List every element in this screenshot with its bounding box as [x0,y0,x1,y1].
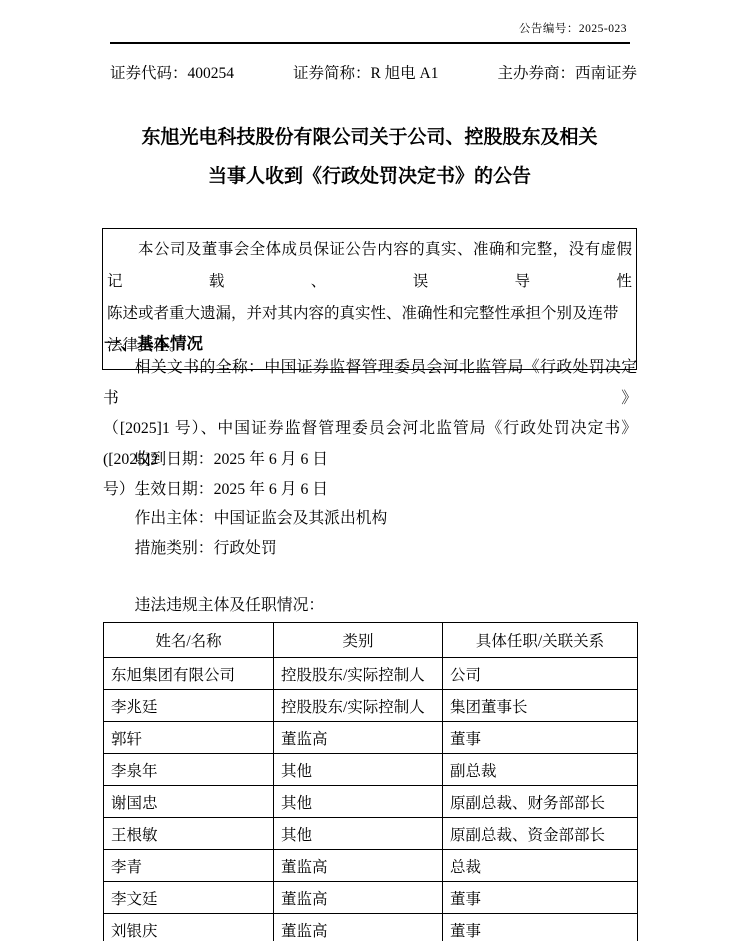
basic-info-item: 收到日期：2025 年 6 月 6 日 [103,445,637,475]
table-cell: 董事 [443,914,638,941]
table-cell: 王根敏 [104,818,274,850]
table-cell: 总裁 [443,850,638,882]
table-header-cell: 类别 [274,623,443,658]
violation-table-body: 东旭集团有限公司控股股东/实际控制人公司李兆廷控股股东/实际控制人集团董事长郭轩… [104,658,638,941]
security-name-label: 证券简称： [293,65,371,82]
violation-table-head: 姓名/名称类别具体任职/关联关系 [104,623,638,658]
violation-table-intro: 违法违规主体及任职情况： [103,591,637,621]
table-row: 谢国忠其他原副总裁、财务部部长 [104,786,638,818]
table-cell: 控股股东/实际控制人 [274,690,443,722]
table-cell: 郭轩 [104,722,274,754]
header-divider [110,42,630,44]
table-cell: 董监高 [274,722,443,754]
violation-table: 姓名/名称类别具体任职/关联关系 东旭集团有限公司控股股东/实际控制人公司李兆廷… [103,622,638,941]
document-name-paragraph-line: 相关文书的全称：中国证券监督管理委员会河北监管局《行政处罚决定书》 [103,353,637,414]
sponsor-broker-value: 西南证券 [575,65,637,82]
announcement-number: 公告编号：2025-023 [519,20,627,36]
table-cell: 李青 [104,850,274,882]
table-cell: 原副总裁、财务部部长 [443,786,638,818]
security-name-value: R 旭电 A1 [370,65,438,82]
table-cell: 其他 [274,786,443,818]
table-row: 刘银庆董监高董事 [104,914,638,941]
table-header-row: 姓名/名称类别具体任职/关联关系 [104,623,638,658]
table-row: 李青董监高总裁 [104,850,638,882]
basic-info-item: 作出主体：中国证监会及其派出机构 [103,504,637,534]
table-cell: 董监高 [274,882,443,914]
table-cell: 刘银庆 [104,914,274,941]
table-cell: 李泉年 [104,754,274,786]
table-row: 李兆廷控股股东/实际控制人集团董事长 [104,690,638,722]
sponsor-broker-label: 主办券商： [497,65,575,82]
section-heading-basic-info: 一、基本情况 [104,330,203,354]
table-cell: 副总裁 [443,754,638,786]
document-page: 公告编号：2025-023 证券代码：400254 证券简称：R 旭电 A1 主… [0,0,739,941]
security-code-label: 证券代码： [110,65,188,82]
table-row: 郭轩董监高董事 [104,722,638,754]
table-cell: 公司 [443,658,638,690]
table-cell: 董事 [443,722,638,754]
table-header-cell: 具体任职/关联关系 [443,623,638,658]
disclaimer-box-line: 本公司及董事会全体成员保证公告内容的真实、准确和完整，没有虚假记载、误导性 [107,234,632,298]
security-name-field: 证券简称：R 旭电 A1 [293,61,439,83]
basic-info-item: 措施类别：行政处罚 [103,534,637,564]
announcement-title: 东旭光电科技股份有限公司关于公司、控股股东及相关当事人收到《行政处罚决定书》的公… [0,118,739,196]
table-cell: 李文廷 [104,882,274,914]
table-row: 李泉年其他副总裁 [104,754,638,786]
basic-info-item: 生效日期：2025 年 6 月 6 日 [103,475,637,505]
basic-info-items: 收到日期：2025 年 6 月 6 日生效日期：2025 年 6 月 6 日作出… [103,445,637,564]
table-cell: 董事 [443,882,638,914]
sponsor-broker-field: 主办券商：西南证券 [497,61,637,83]
table-row: 东旭集团有限公司控股股东/实际控制人公司 [104,658,638,690]
table-cell: 董监高 [274,914,443,941]
table-cell: 东旭集团有限公司 [104,658,274,690]
table-cell: 控股股东/实际控制人 [274,658,443,690]
announcement-title-line: 当事人收到《行政处罚决定书》的公告 [0,157,739,196]
table-cell: 董监高 [274,850,443,882]
security-info-bar: 证券代码：400254 证券简称：R 旭电 A1 主办券商：西南证券 [110,61,637,83]
table-header-cell: 姓名/名称 [104,623,274,658]
security-code-field: 证券代码：400254 [110,61,234,83]
table-cell: 其他 [274,754,443,786]
table-row: 李文廷董监高董事 [104,882,638,914]
security-code-value: 400254 [188,65,235,82]
announcement-title-line: 东旭光电科技股份有限公司关于公司、控股股东及相关 [0,118,739,157]
table-cell: 李兆廷 [104,690,274,722]
table-row: 王根敏其他原副总裁、资金部部长 [104,818,638,850]
table-cell: 其他 [274,818,443,850]
table-cell: 原副总裁、资金部部长 [443,818,638,850]
table-cell: 谢国忠 [104,786,274,818]
table-cell: 集团董事长 [443,690,638,722]
